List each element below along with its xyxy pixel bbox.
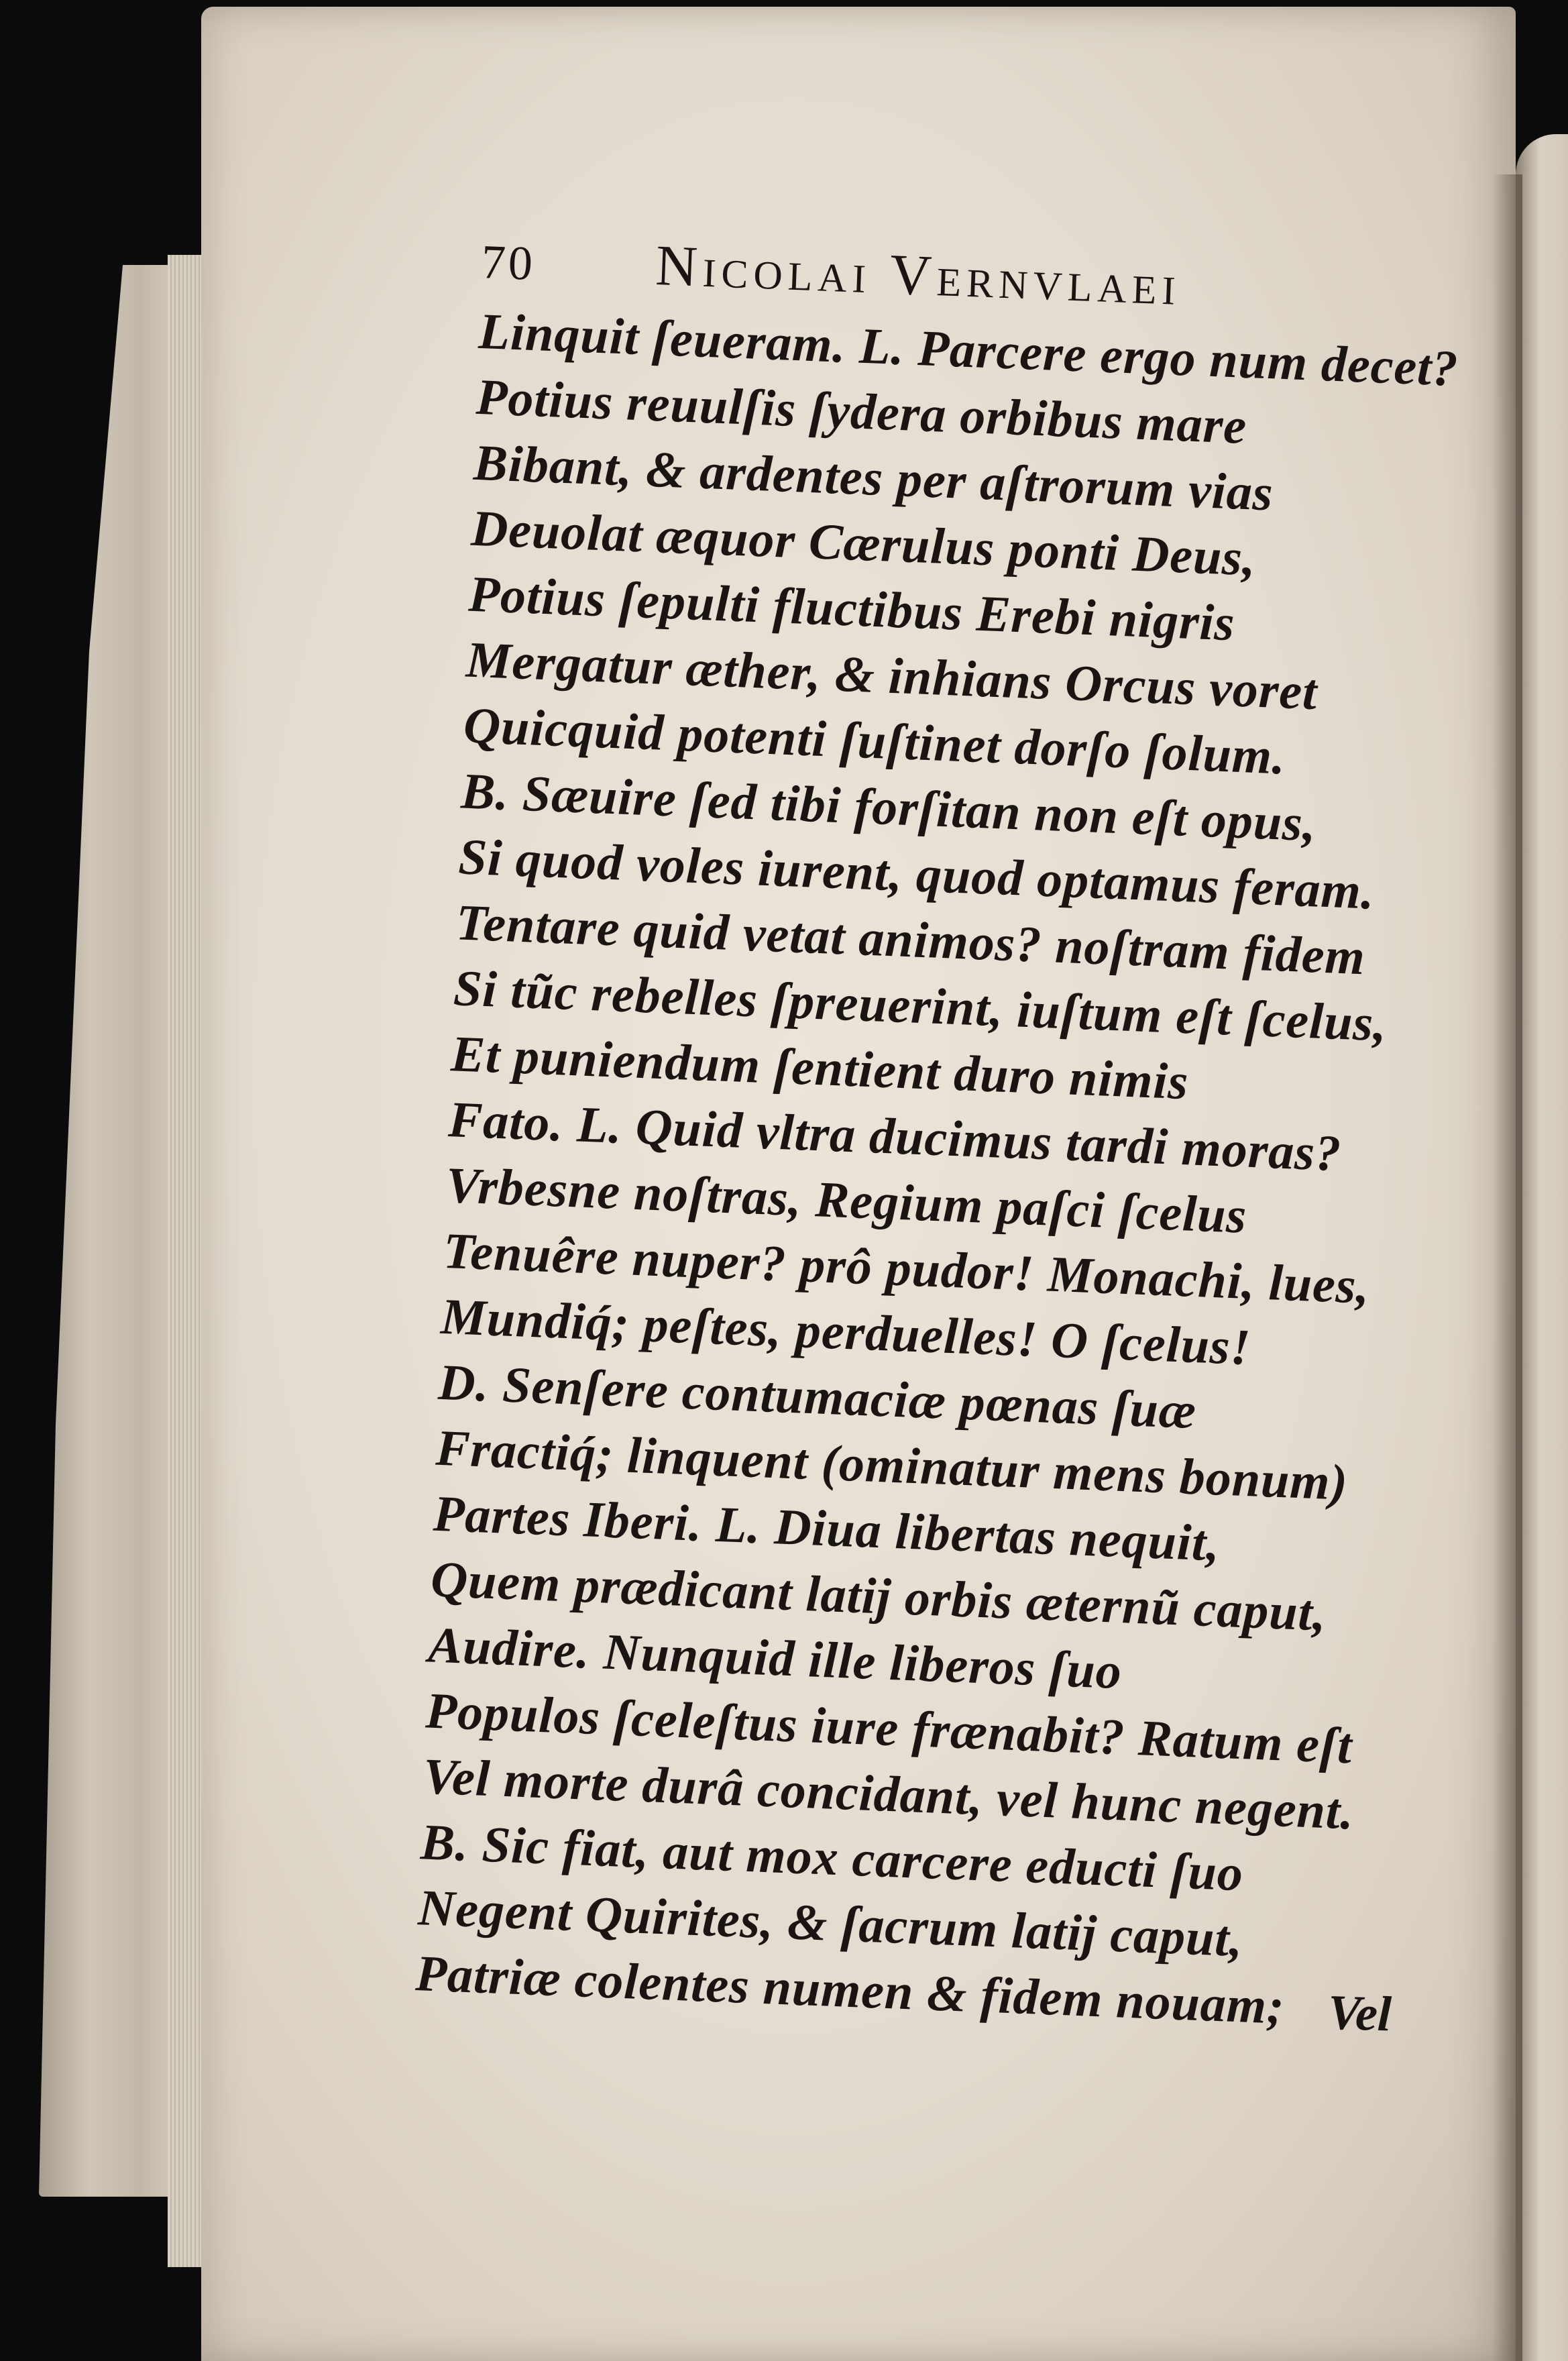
page-number: 70: [480, 234, 657, 296]
text-block: 70 Nicolai Vernvlaei Linquit ſeueram. L.…: [414, 225, 1515, 2046]
catchword: Vel: [1327, 1984, 1392, 2043]
facing-page-edge: [1516, 134, 1568, 2361]
